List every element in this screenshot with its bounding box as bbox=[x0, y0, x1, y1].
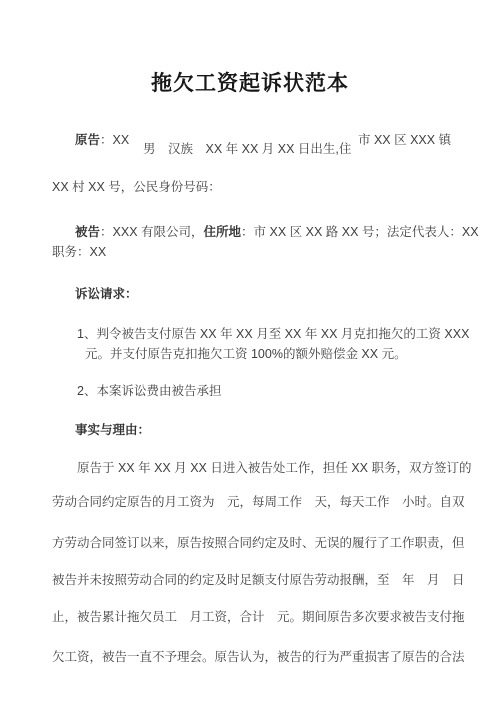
facts-line: 欠工资，被告一直不予理会。原告认为，被告的行为严重损害了原告的合法 bbox=[52, 650, 465, 665]
plaintiff-personal-info: 男 汉族 XX 年 XX 月 XX 日出生,住 bbox=[143, 142, 351, 157]
document-page: 拖欠工资起诉状范本 原告：XX 男 汉族 XX 年 XX 月 XX 日出生,住 … bbox=[0, 0, 500, 708]
defendant-address: ：市 XX 区 XX 路 XX 号；法定代表人：XX bbox=[241, 225, 479, 239]
plaintiff-line-1: 原告：XX 男 汉族 XX 年 XX 月 XX 日出生,住 市 XX 区 XXX… bbox=[0, 133, 500, 163]
defendant-label: 被告 bbox=[75, 225, 100, 239]
facts-line: 方劳动合同签订以来，原告按照合同约定及时、无误的履行了工作职责，但 bbox=[52, 536, 465, 551]
facts-line: 被告并未按照劳动合同的约定及时足额支付原告劳动报酬，至 年 月 日 bbox=[52, 573, 465, 588]
defendant-line-1: 被告：XXX 有限公司，住所地：市 XX 区 XX 路 XX 号；法定代表人：X… bbox=[75, 225, 479, 240]
plaintiff-line-2: XX 村 XX 号，公民身份号码： bbox=[52, 180, 221, 195]
claim-item-1-line-2: 元。并支付原告克扣拖欠工资 100%的额外赔偿金 XX 元。 bbox=[85, 347, 407, 362]
defendant-address-label: 住所地 bbox=[204, 225, 242, 239]
facts-line: 止，被告累计拖欠员工 月工资，合计 元。期间原告多次要求被告支付拖 bbox=[52, 610, 465, 625]
claim-item-2: 2、本案诉讼费由被告承担 bbox=[77, 384, 221, 399]
plaintiff-address-start: 市 XX 区 XXX 镇 bbox=[358, 133, 451, 148]
defendant-company: ：XXX 有限公司， bbox=[100, 225, 204, 239]
facts-heading: 事实与理由： bbox=[75, 423, 150, 438]
claims-heading: 诉讼请求： bbox=[75, 287, 138, 302]
defendant-line-2: 职务：XX bbox=[52, 245, 106, 260]
plaintiff-label: 原告 bbox=[75, 133, 100, 147]
facts-line: 劳动合同约定原告的月工资为 元，每周工作 天，每天工作 小时。自双 bbox=[52, 495, 465, 510]
document-title: 拖欠工资起诉状范本 bbox=[0, 71, 500, 97]
plaintiff-segment-left: 原告：XX bbox=[75, 133, 129, 148]
claim-item-1-line-1: 1、判令被告支付原告 XX 年 XX 月至 XX 年 XX 月克扣拖欠的工资 X… bbox=[77, 327, 469, 342]
facts-line: 原告于 XX 年 XX 月 XX 日进入被告处工作，担任 XX 职务，双方签订的 bbox=[77, 461, 471, 476]
plaintiff-name: ：XX bbox=[100, 133, 129, 147]
